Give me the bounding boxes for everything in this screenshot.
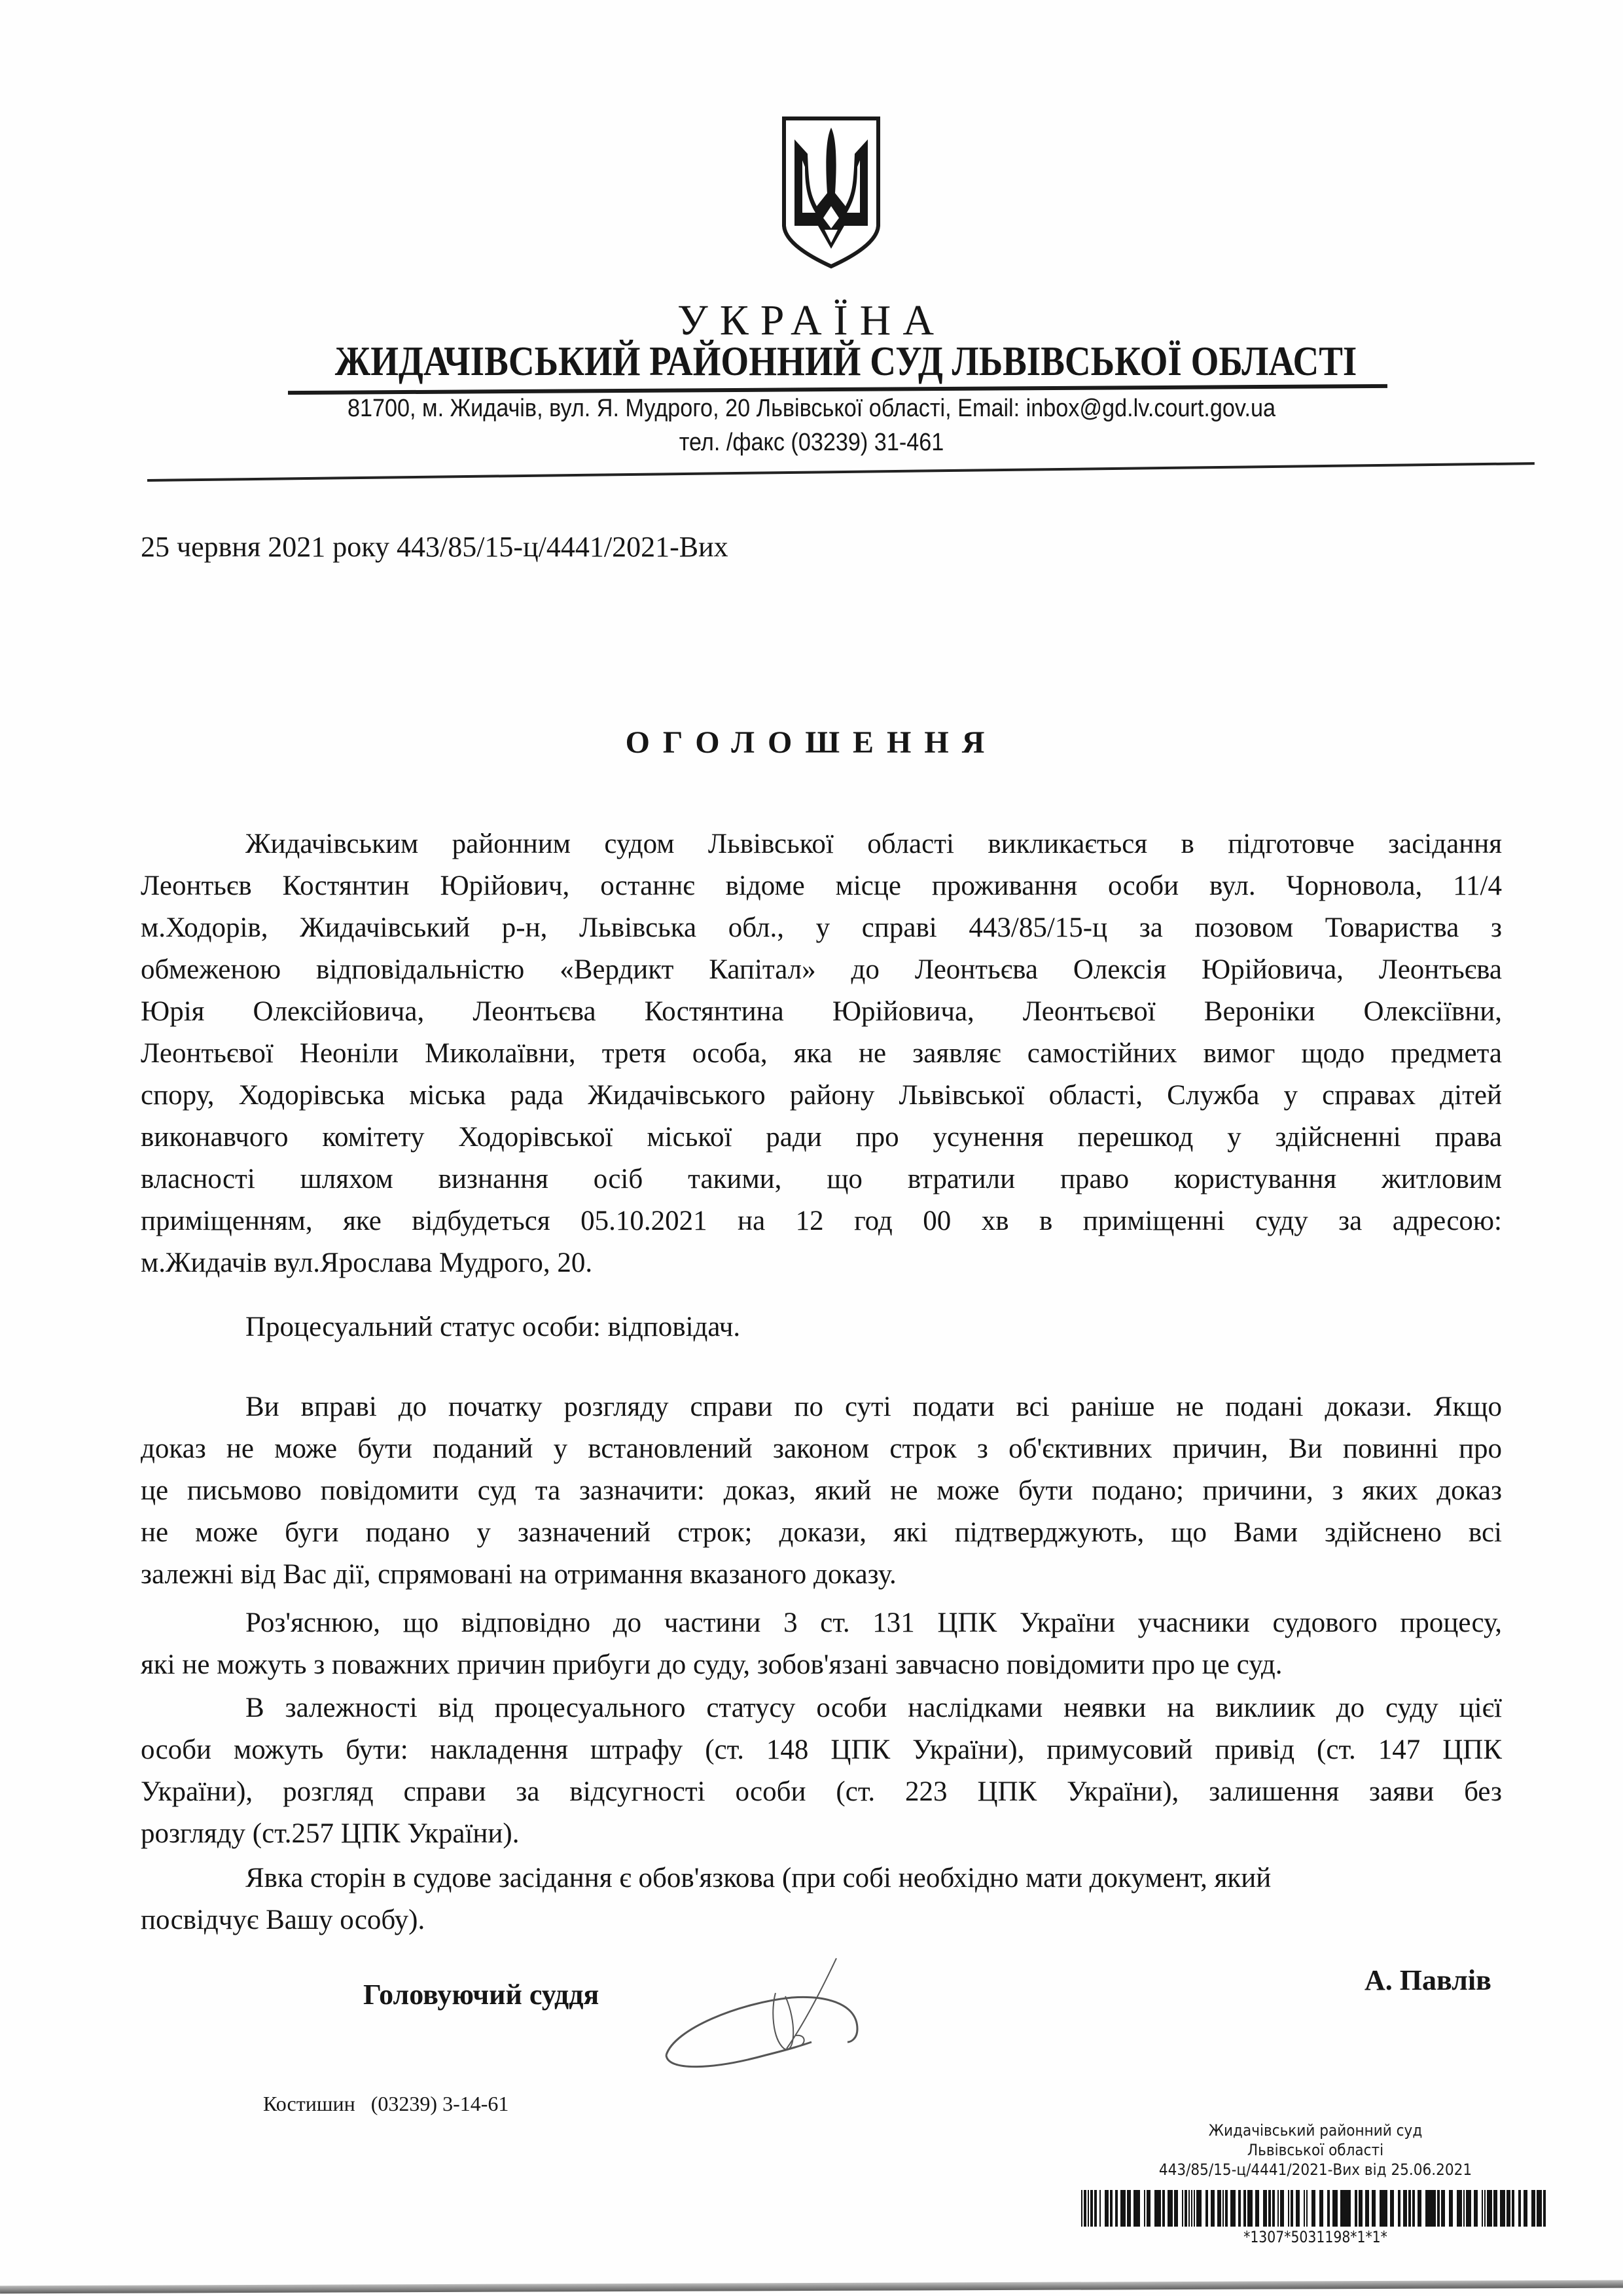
text-line: Явка сторін в судове засідання є обов'яз… [141, 1857, 1502, 1899]
text-line: Ви вправі до початку розгляду справи по … [141, 1386, 1502, 1428]
text-line: доказ не може бути поданий у встановлени… [141, 1428, 1502, 1470]
paragraph-procedural-status: Процесуальний статус особи: відповідач. [141, 1306, 1502, 1348]
paragraph-evidence: Ви вправі до початку розгляду справи по … [141, 1386, 1502, 1596]
handwritten-signature-icon [661, 1957, 936, 2081]
signatory-role: Головуючий суддя [363, 1978, 599, 2011]
text-line: це письмово повідомити суд та зазначити:… [141, 1470, 1502, 1512]
text-line: Роз'яснюю, що відповідно до частини 3 ст… [141, 1602, 1502, 1644]
text-line: Жидачівським районним судом Львівської о… [141, 823, 1502, 865]
court-address: 81700, м. Жидачів, вул. Я. Мудрого, 20 Л… [81, 393, 1542, 424]
document-title: ОГОЛОШЕННЯ [0, 723, 1623, 762]
court-phone: тел. /факс (03239) 31-461 [81, 427, 1542, 458]
text-line: залежні від Вас дії, спрямовані на отрим… [141, 1554, 1502, 1596]
header-divider [147, 462, 1535, 482]
barcode-icon [1081, 2190, 1552, 2227]
scan-edge-shadow [0, 2280, 1623, 2294]
paragraph-consequences: В залежності від процесуального статусу … [141, 1687, 1502, 1855]
paragraph-explanation: Роз'яснюю, що відповідно до частини 3 ст… [141, 1602, 1502, 1686]
barcode-number: *1307*5031198*1*1* [1099, 2228, 1533, 2246]
outgoing-reference: 25 червня 2021 року 443/85/15-ц/4441/202… [141, 529, 728, 565]
paragraph-attendance: Явка сторін в судове засідання є обов'яз… [141, 1857, 1502, 1941]
text-line: виконавчого комітету Ходорівської місько… [141, 1117, 1502, 1158]
text-line: не може буги подано у зазначений строк; … [141, 1512, 1502, 1554]
coat-of-arms-of-ukraine-icon [779, 115, 883, 272]
stamp-region: Львівської області [1086, 2140, 1545, 2160]
text-line: особи можуть бути: накладення штрафу (ст… [141, 1729, 1502, 1771]
judge-name: А. Павлів [1364, 1964, 1491, 1997]
document-page: УКРАЇНА ЖИДАЧІВСЬКИЙ РАЙОННИЙ СУД ЛЬВІВС… [0, 0, 1623, 2296]
registration-stamp: Жидачівський районний суд Львівської обл… [1060, 2121, 1571, 2179]
text-line: України), розгляд справи за відсугності … [141, 1771, 1502, 1813]
stamp-court-name: Жидачівський районний суд [1086, 2121, 1545, 2140]
stamp-reference: 443/85/15-ц/4441/2021-Вих від 25.06.2021 [1086, 2160, 1545, 2179]
text-line: м.Жидачів вул.Ярослава Мудрого, 20. [141, 1242, 1502, 1284]
text-line: Леонтьєв Костянтин Юрійович, останнє від… [141, 865, 1502, 907]
text-line: Леонтьєвої Неоніли Миколаївни, третя осо… [141, 1033, 1502, 1075]
text-line: власності шляхом визнання осіб такими, щ… [141, 1158, 1502, 1200]
text-line: Юрія Олексійовича, Леонтьєва Костянтина … [141, 991, 1502, 1033]
text-line: посвідчує Вашу особу). [141, 1899, 1502, 1941]
text-line: спору, Ходорівська міська рада Жидачівсь… [141, 1075, 1502, 1117]
executor-contact: Костишин (03239) 3-14-61 [263, 2092, 508, 2116]
court-name-heading: ЖИДАЧІВСЬКИЙ РАЙОННИЙ СУД ЛЬВІВСЬКОЇ ОБЛ… [335, 335, 1314, 387]
paragraph-summons: Жидачівським районним судом Львівської о… [141, 823, 1502, 1284]
text-line: обмеженою відповідальністю «Вердикт Капі… [141, 949, 1502, 991]
text-line: В залежності від процесуального статусу … [141, 1687, 1502, 1729]
text-line: приміщенням, яке відбудеться 05.10.2021 … [141, 1200, 1502, 1242]
text-line: м.Ходорів, Жидачівський р-н, Львівська о… [141, 907, 1502, 949]
text-line: Процесуальний статус особи: відповідач. [141, 1306, 1502, 1348]
text-line: розгляду (ст.257 ЦПК України). [141, 1813, 1502, 1855]
text-line: які не можуть з поважних причин прибуги … [141, 1644, 1502, 1686]
